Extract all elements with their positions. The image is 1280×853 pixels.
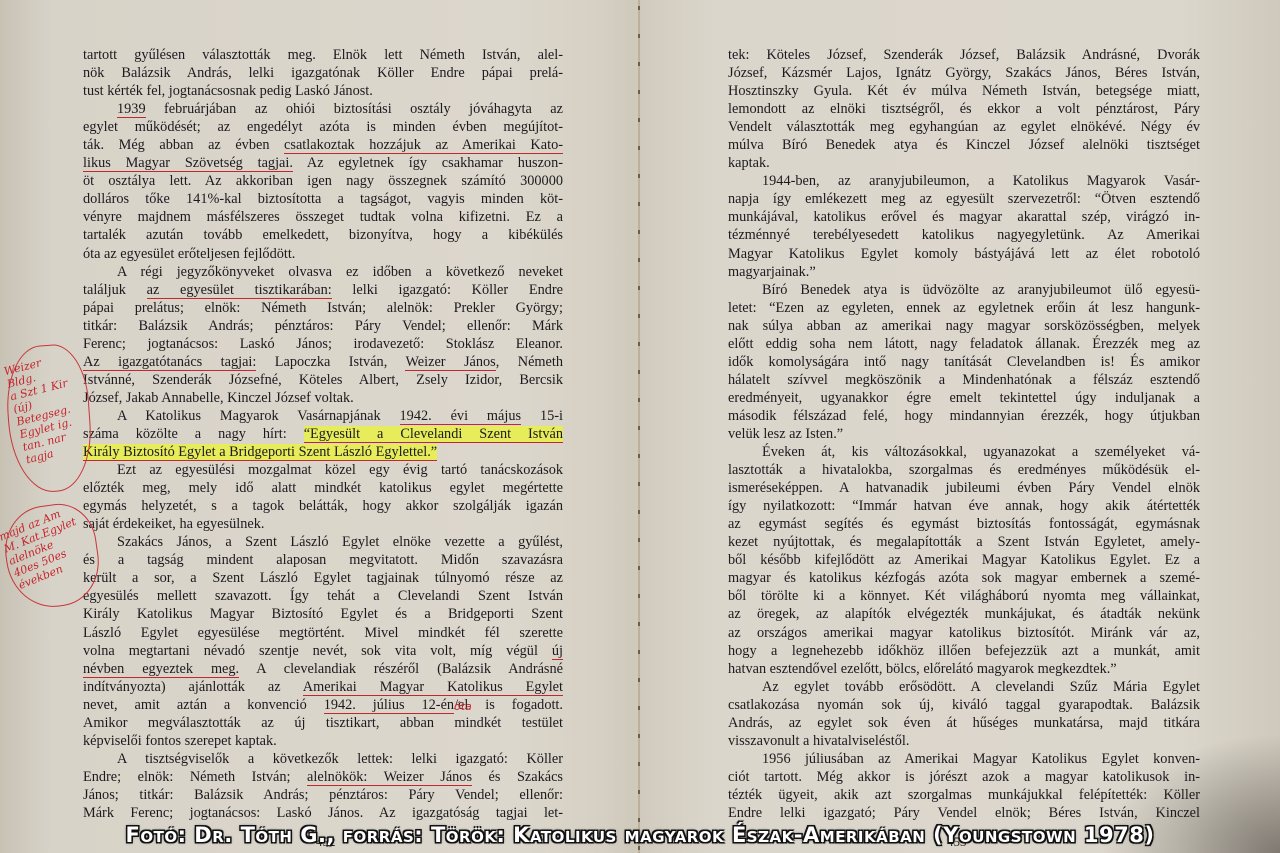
- text-line: titkár: Balázsik András; pénztáros: Páry…: [83, 317, 563, 335]
- text-line: előzték meg, mely idő alatt mindkét kato…: [83, 479, 563, 497]
- text-line: eredményeit, ugyanakkor égre emelt tekin…: [728, 389, 1200, 407]
- text-line: nevet, amit aztán a konvenció 1942. júli…: [83, 696, 563, 714]
- text-line: Ezt az egyesülési mozgalmat közel egy év…: [83, 461, 563, 479]
- text-line: Márk Ferenc; jogtanácsos: Laskó János. A…: [83, 804, 563, 822]
- text-line: óta az egyesület erőteljesen fejlődött.: [83, 245, 563, 263]
- text-line: előtt eddig soha nem látott, nagy felada…: [728, 335, 1200, 353]
- text-line: László Egylet egyesülése megtörtént. Miv…: [83, 624, 563, 642]
- text-line: az egymást segítés és egymást biztosítás…: [728, 515, 1200, 533]
- text-line: letet: “Ezen az egyleten, ennek az egyle…: [728, 299, 1200, 317]
- text-line: ismeréseképpen. A hatvanadik jubileumi é…: [728, 479, 1200, 497]
- annotated-phrase: Weizer János: [405, 354, 495, 371]
- text-line: 1956 júliusában az Amerikai Magyar Katol…: [728, 750, 1200, 768]
- text-line: 1944-ben, az aranyjubileumon, a Katoliku…: [728, 172, 1200, 190]
- text-line: hatvan esztendővel ezelőtt, bölcs, előre…: [728, 660, 1200, 678]
- annotated-phrase: Az igazgatótanács tagjai:: [83, 354, 256, 371]
- text-line: képviselői fontos szerepet kaptak.: [83, 732, 563, 750]
- annotated-phrase: alelnökök: Weizer János: [307, 769, 472, 786]
- text-line: idők komolyságára intő nagy tanítását Cl…: [728, 353, 1200, 371]
- text-line: napja így emlékezett meg az egyesült sze…: [728, 190, 1200, 208]
- text-line: tek: Köteles József, Szenderák József, B…: [728, 46, 1200, 64]
- text-line: egymás helyzetét, s a tagok belátták, ho…: [83, 497, 563, 515]
- text-line: visszavonult a hivatalviseléstől.: [728, 732, 1200, 750]
- text-line: Endre; elnök: Németh István; alelnökök: …: [83, 768, 563, 786]
- text-line: Az egylet tovább erősödött. A clevelandi…: [728, 678, 1200, 696]
- annotated-phrase: csatlakoztak hozzájuk az Amerikai Kato-: [284, 137, 563, 154]
- text-line: velük lesz az Isten.”: [728, 425, 1200, 443]
- text-line: kaptak.: [728, 154, 1200, 172]
- text-line: vényre majdnem másfélszeres összeget tud…: [83, 208, 563, 226]
- text-line: hogy a legnehezebb időkhöz illően befeje…: [728, 642, 1200, 660]
- text-line: Hosztinszky Gyula. Két év múlva Németh I…: [728, 82, 1200, 100]
- text-line: Endre lelki igazgató; Páry Vendel elnök;…: [728, 804, 1200, 822]
- annotated-phrase: “Egyesült a Clevelandi Szent István: [304, 426, 563, 443]
- text-line: egyesülés mellett szavazott. Így tehát a…: [83, 587, 563, 605]
- inline-correction: óta: [454, 700, 472, 713]
- text-line: Éveken át, kis változásokkal, ugyanazoka…: [728, 443, 1200, 461]
- text-line: Bíró Benedek atya is üdvözölte az aranyj…: [728, 281, 1200, 299]
- text-line: József, Jakab Annabelle, Kinczel József …: [83, 389, 563, 407]
- text-line: Király Katolikus Magyar Biztosító Egylet…: [83, 605, 563, 623]
- text-line: pápai prelátus; elnök: Németh István; al…: [83, 299, 563, 317]
- text-line: A Katolikus Magyarok Vasárnapjának 1942.…: [83, 407, 563, 425]
- text-line: A régi jegyzőkönyveket olvasva ez időben…: [83, 263, 563, 281]
- text-line: magyarjainak.”: [728, 263, 1200, 281]
- left-page-text: tartott gyűlésen választották meg. Elnök…: [83, 46, 563, 822]
- text-line: ciót tartott. Még akkor is jórészt azok …: [728, 768, 1200, 786]
- text-line: volna megtartani névadó szentje nevét, s…: [83, 642, 563, 660]
- text-line: második félszázad felé, hogy mindannyian…: [728, 407, 1200, 425]
- text-line: múlva Bíró Benedek atya és Kinczel Józse…: [728, 136, 1200, 154]
- right-page-text: tek: Köteles József, Szenderák József, B…: [728, 46, 1200, 822]
- annotated-phrase: 1939: [117, 101, 146, 118]
- text-line: hálatelt szívvel megköszönik a Mindenhat…: [728, 371, 1200, 389]
- text-line: névben egyeztek meg. A clevelandiak rész…: [83, 660, 563, 678]
- text-line: az országos amerikai magyar katolikus bi…: [728, 624, 1200, 642]
- text-line: tartalék azután tovább emelkedett, bizon…: [83, 226, 563, 244]
- text-line: Király Biztosító Egylet a Bridgeporti Sz…: [83, 443, 563, 461]
- text-line: indítványozta) ajánlották az Amerikai Ma…: [83, 678, 563, 696]
- text-line: Szakács János, a Szent László Egylet eln…: [83, 533, 563, 551]
- text-line: ből törölte ki a könnyet. Két világhábor…: [728, 587, 1200, 605]
- text-line: János; titkár: Balázsik András; pénztáro…: [83, 786, 563, 804]
- text-line: András, az egylet sok éven át hűséges mu…: [728, 714, 1200, 732]
- book-gutter-binding: [638, 0, 640, 853]
- annotated-phrase: Király Biztosító Egylet a Bridgeporti Sz…: [83, 444, 437, 461]
- text-line: József, Kázsmér Lajos, Ignátz György, Sz…: [728, 64, 1200, 82]
- text-line: találjuk az egyesület tisztikarában: lel…: [83, 281, 563, 299]
- text-line: az öregek, az alapítók elvégezték munkáj…: [728, 605, 1200, 623]
- text-line: Istvánné, Szenderák Józsefné, Köteles Al…: [83, 371, 563, 389]
- text-line: Amikor megválasztották az új tisztikart,…: [83, 714, 563, 732]
- text-line: tézték ügyeit, akik azt szorgalmas munká…: [728, 786, 1200, 804]
- text-line: került a sor, a Szent László Egylet tagj…: [83, 569, 563, 587]
- text-line: ták. Még abban az évben csatlakoztak hoz…: [83, 136, 563, 154]
- text-line: A tisztségviselők a következők lettek: l…: [83, 750, 563, 768]
- text-line: dolláros tőke 141%-kal biztosította a ta…: [83, 190, 563, 208]
- text-line: 1939 februárjában az ohiói biztosítási o…: [83, 100, 563, 118]
- text-line: nak súlya abban az amerikai nagy magyar …: [728, 317, 1200, 335]
- text-line: nök Balázsik András, lelki igazgatónak K…: [83, 64, 563, 82]
- text-line: egylet működését; az engedélyt azóta is …: [83, 118, 563, 136]
- text-line: likus Magyar Szövetség tagjai. Az egylet…: [83, 154, 563, 172]
- text-line: öt osztálya lett. Az akkoriban igen nagy…: [83, 172, 563, 190]
- annotated-phrase: névben egyeztek meg.: [83, 661, 239, 678]
- annotated-phrase: új: [552, 643, 563, 660]
- text-line: tartott gyűlésen választották meg. Elnök…: [83, 46, 563, 64]
- text-line: saját érdekeiket, ha egyesülnek.: [83, 515, 563, 533]
- text-line: így nyilatkozott: “Immár hatvan éve anna…: [728, 497, 1200, 515]
- annotated-phrase: 1942. évi május: [400, 408, 522, 425]
- text-line: Vendelt választották meg egyhangúan az e…: [728, 118, 1200, 136]
- text-line: munkájával, katolikus erővel és magyar a…: [728, 208, 1200, 226]
- text-line: magyar és katolikus kézfogás azóta sok m…: [728, 569, 1200, 587]
- text-line: tust kérték fel, jogtanácsosnak pedig La…: [83, 82, 563, 100]
- annotated-phrase: likus Magyar Szövetség tagjai.: [83, 155, 293, 172]
- photo-caption: Fotó: Dr. Tóth G., forrás: Török: Katoli…: [0, 823, 1280, 847]
- annotated-phrase: az egyesület tisztikarában:: [147, 282, 332, 299]
- text-line: csatlakozása nyomán sok új, kiváló tagga…: [728, 696, 1200, 714]
- text-line: és a tagság mindent alaposan megvitatott…: [83, 551, 563, 569]
- text-line: száma közölte a nagy hírt: “Egyesült a C…: [83, 425, 563, 443]
- text-line: lasztották a hivatalokba, szorgalmas és …: [728, 461, 1200, 479]
- text-line: kezet nyújtottak, és megalapították a Sz…: [728, 533, 1200, 551]
- annotated-phrase: Amerikai Magyar Katolikus Egylet: [303, 679, 563, 696]
- text-line: Ferenc; jogtanácsos: Laskó János; irodav…: [83, 335, 563, 353]
- text-line: Magyar Katolikus Egylet komoly bástyájáv…: [728, 245, 1200, 263]
- text-line: Az igazgatótanács tagjai: Lapoczka Istvá…: [83, 353, 563, 371]
- text-line: ből később kifejlődött az Amerikai Magya…: [728, 551, 1200, 569]
- text-line: lemondott az elnöki tisztségről, és ekko…: [728, 100, 1200, 118]
- annotated-phrase: 1942. július 12-én: [324, 697, 454, 714]
- text-line: tézménnyé terebélyesedett katolikus nagy…: [728, 226, 1200, 244]
